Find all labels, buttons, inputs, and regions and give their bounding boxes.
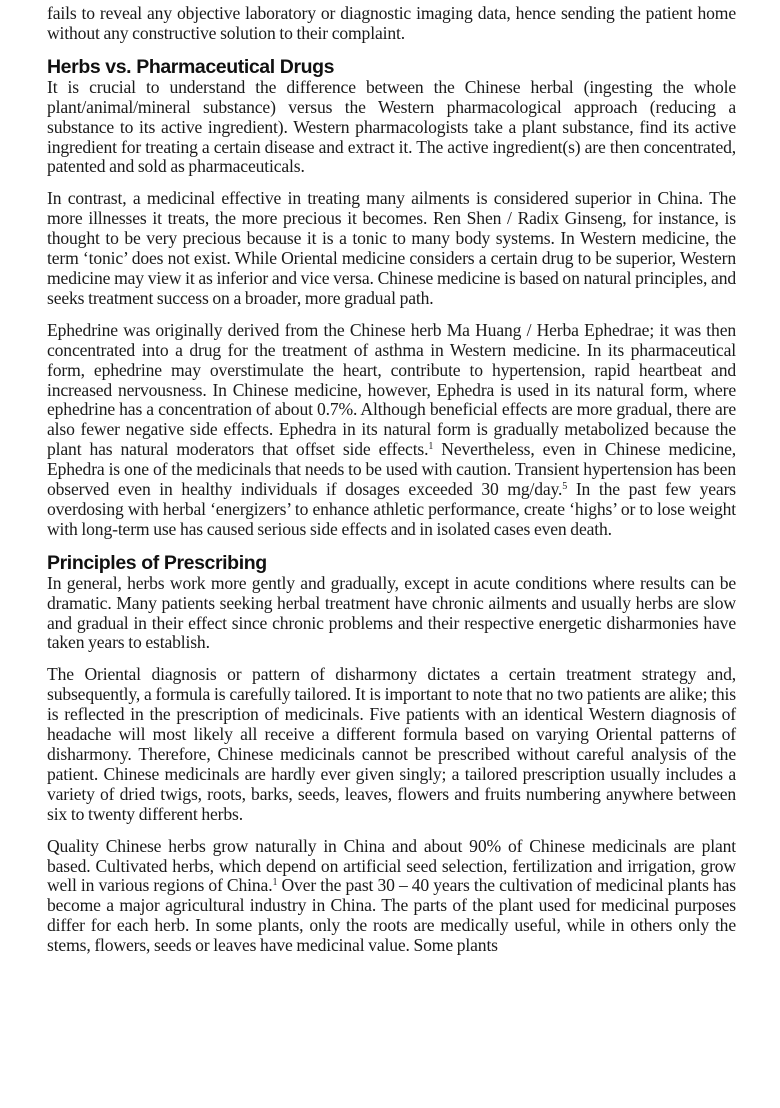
section-herbs-vs-drugs: Herbs vs. Pharmaceutical Drugs It is cru… (47, 56, 736, 540)
intro-paragraph: fails to reveal any objective laboratory… (47, 4, 736, 44)
quality-paragraph: Quality Chinese herbs grow naturally in … (47, 837, 736, 956)
body-paragraph: The Oriental diagnosis or pattern of dis… (47, 665, 736, 824)
section-heading: Principles of Prescribing (47, 552, 736, 574)
document-page: fails to reveal any objective laboratory… (0, 0, 780, 1108)
body-paragraph: In contrast, a medicinal effective in tr… (47, 189, 736, 308)
body-paragraph: It is crucial to understand the differen… (47, 78, 736, 178)
ephedra-paragraph: Ephedrine was originally derived from th… (47, 321, 736, 540)
section-principles-of-prescribing: Principles of Prescribing In general, he… (47, 552, 736, 956)
body-paragraph: In general, herbs work more gently and g… (47, 574, 736, 654)
section-heading: Herbs vs. Pharmaceutical Drugs (47, 56, 736, 78)
